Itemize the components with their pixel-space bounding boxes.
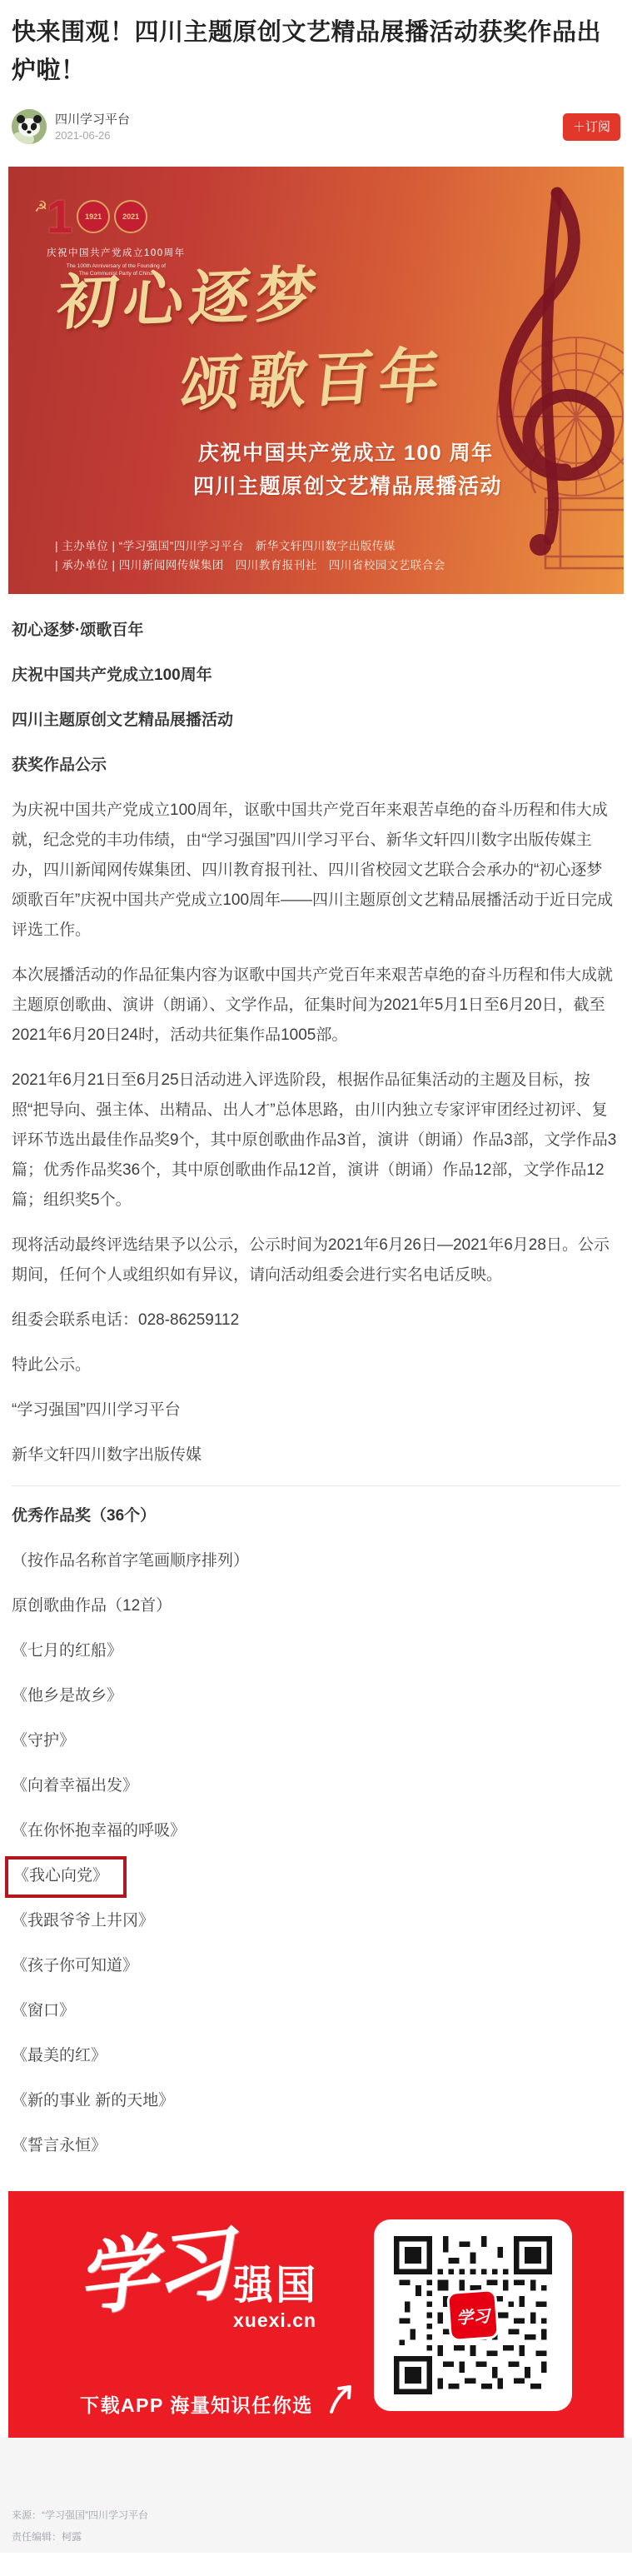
award-title: 优秀作品奖（36个） — [12, 1501, 620, 1531]
hero-headline-1: 初心逐梦 — [55, 264, 326, 333]
hero-subtitle-2: 四川主题原创文艺精品展播活动 — [193, 477, 502, 497]
hammer-sickle-icon: ☭ — [34, 185, 47, 228]
author-row: 四川学习平台 2021-06-26 ＋订阅 — [12, 108, 620, 145]
award-work-item: 《我跟爷爷上井冈》 — [12, 1906, 620, 1936]
award-work-item: 《在你怀抱幸福的呼吸》 — [12, 1816, 620, 1846]
page-title: 快来围观！四川主题原创文艺精品展播活动获奖作品出炉啦！ — [0, 0, 632, 90]
award-work-item: 《窗口》 — [12, 1996, 620, 2026]
logo-numeral-one: 1☭ — [47, 195, 72, 238]
brand-url: xuexi.cn — [233, 2311, 318, 2330]
subscribe-button[interactable]: ＋订阅 — [563, 113, 620, 141]
signature-line-2: 新华文轩四川数字出版传媒 — [12, 1440, 620, 1470]
logo-year-1921: 1921 — [77, 200, 110, 233]
hero-subtitle-1: 庆祝中国共产党成立 100 周年 — [198, 443, 494, 464]
brand-script-text: 学习 — [70, 2200, 237, 2343]
panda-icon — [12, 109, 47, 144]
award-category: 原创歌曲作品（12首） — [12, 1591, 620, 1621]
award-work-item: 《我心向党》 — [12, 1861, 620, 1891]
download-slogan: 下载APP 海量知识任你选 — [80, 2390, 313, 2418]
contact-line: 组委会联系电话：028-86259112 — [12, 1305, 620, 1335]
xuexi-brand-logo: 学习 强国 xuexi.cn — [77, 2209, 318, 2334]
section-heading-4: 获奖作品公示 — [12, 751, 620, 781]
organizer-line-2: | 承办单位 | 四川新闻网传媒集团 四川教育报刊社 四川省校园文艺联合会 — [55, 556, 445, 575]
divider — [12, 1485, 620, 1486]
qr-app-icon: 学习 — [446, 2289, 500, 2342]
footer-meta: 来源：“学习强国”四川学习平台 责任编辑：柯露 — [0, 2438, 632, 2553]
editor-line: 责任编辑：柯露 — [12, 2529, 620, 2544]
award-highlight-text: 《我心向党》 — [13, 1867, 108, 1885]
hero-organizers: | 主办单位 | “学习强国”四川学习平台 新华文轩四川数字出版传媒 | 承办单… — [55, 537, 445, 575]
publish-date: 2021-06-26 — [55, 130, 130, 141]
award-work-item: 《新的事业 新的天地》 — [12, 2086, 620, 2116]
award-note: （按作品名称首字笔画顺序排列） — [12, 1546, 620, 1576]
brand-bold-text: 强国 — [233, 2266, 318, 2306]
paragraph-3: 2021年6月21日至6月25日活动进入评选阶段，根据作品征集活动的主题及目标，… — [12, 1066, 620, 1216]
award-work-item: 《最美的红》 — [12, 2041, 620, 2071]
gramophone-treble-clef-icon — [414, 175, 624, 592]
cursor-arrow-icon — [323, 2380, 360, 2417]
organizer-line-1: | 主办单位 | “学习强国”四川学习平台 新华文轩四川数字出版传媒 — [55, 537, 445, 556]
section-heading-3: 四川主题原创文艺精品展播活动 — [12, 706, 620, 736]
hero-headline-2: 颂歌百年 — [178, 346, 449, 415]
award-work-item: 《誓言永恒》 — [12, 2131, 620, 2161]
paragraph-2: 本次展播活动的作品征集内容为讴歌中国共产党百年来艰苦卓绝的奋斗历程和伟大成就主题… — [12, 961, 620, 1051]
logo-year-2021: 2021 — [114, 200, 147, 233]
paragraph-4: 现将活动最终评选结果予以公示，公示时间为2021年6月26日—2021年6月28… — [12, 1231, 620, 1290]
footer-banner[interactable]: 学习 强国 xuexi.cn 下载APP 海量知识任你选 — [8, 2191, 624, 2438]
author-info: 四川学习平台 2021-06-26 — [55, 113, 130, 141]
download-slogan-row: 下载APP 海量知识任你选 — [80, 2390, 360, 2418]
paragraph-1: 为庆祝中国共产党成立100周年，讴歌中国共产党百年来艰苦卓绝的奋斗历程和伟大成就… — [12, 796, 620, 946]
section-heading-2: 庆祝中国共产党成立100周年 — [12, 661, 620, 691]
award-work-item: 《七月的红船》 — [12, 1636, 620, 1666]
logo-caption: 庆祝中国共产党成立100周年 — [47, 246, 186, 259]
award-work-item: 《向着幸福出发》 — [12, 1771, 620, 1801]
section-heading-1: 初心逐梦·颂歌百年 — [12, 616, 620, 646]
qr-card: 学习 — [374, 2219, 572, 2411]
award-highlight-box: 《我心向党》 — [5, 1856, 127, 1898]
closing-line: 特此公示。 — [12, 1350, 620, 1380]
award-work-item: 《守护》 — [12, 1726, 620, 1756]
article-body: 初心逐梦·颂歌百年 庆祝中国共产党成立100周年 四川主题原创文艺精品展播活动 … — [0, 616, 632, 2161]
award-work-item: 《孩子你可知道》 — [12, 1951, 620, 1981]
author-name[interactable]: 四川学习平台 — [55, 113, 130, 126]
award-work-item: 《他乡是故乡》 — [12, 1681, 620, 1711]
signature-line-1: “学习强国”四川学习平台 — [12, 1395, 620, 1425]
hero-image[interactable]: 1☭ 1921 2021 庆祝中国共产党成立100周年 The 100th An… — [8, 167, 624, 594]
avatar[interactable] — [12, 109, 47, 144]
source-line: 来源：“学习强国”四川学习平台 — [12, 2508, 620, 2523]
